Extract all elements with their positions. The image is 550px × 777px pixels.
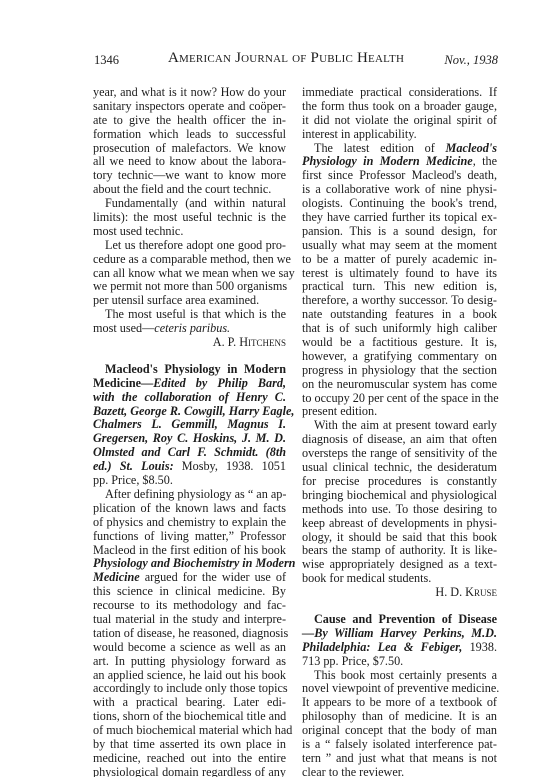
- text-line: would become a science as well as an: [93, 641, 286, 655]
- text-line: an applied science, he laid out his book: [93, 669, 286, 683]
- text-line: It appears to be more of a textbook of: [302, 696, 497, 710]
- text-line: terest is ultimately found to have its: [302, 267, 497, 281]
- text-line: interest in applicability.: [302, 128, 497, 142]
- text-line: sanitary inspectors operate and coöper-: [93, 100, 286, 114]
- text-line: first since Professor Macleod's death,: [302, 169, 497, 183]
- text-line: it did not violate the original spirit o…: [302, 114, 497, 128]
- text-line: is a collaborative work of nine physi-: [302, 183, 497, 197]
- text-line: is a “ falsely isolated interference pat…: [302, 738, 497, 752]
- text-line: immediate practical considerations. If: [302, 86, 497, 100]
- right-column: immediate practical considerations. If t…: [302, 86, 497, 777]
- text-line: After defining physiology as “ an ap-: [93, 488, 286, 502]
- text-line: ologists. Continuing the book's trend,: [302, 197, 497, 211]
- text-line: formation which leads to successful: [93, 128, 286, 142]
- text-line: for precise procedures is constantly: [302, 475, 497, 489]
- text-line: tory technic—we want to know more: [93, 169, 286, 183]
- text-line: year, and what is it now? How do your: [93, 86, 286, 100]
- text-line: nate outstanding features in a book: [302, 308, 497, 322]
- reviewer-signature: A. P. Hitchens: [93, 336, 286, 350]
- text-line: recourse to its methodology and fac-: [93, 599, 286, 613]
- text-line: With the aim at present toward early: [302, 419, 497, 433]
- text-line: tation of disease, he reasoned, diagnosi…: [93, 627, 286, 641]
- text-line: cedure as a comparable method, then we: [93, 253, 286, 267]
- text-line: to be a matter of purely academic in-: [302, 253, 497, 267]
- text-line: about the field and the court technic.: [93, 183, 286, 197]
- text-line: medicine, reached out into the entire: [93, 752, 286, 766]
- text-line: This book most certainly presents a: [302, 669, 497, 683]
- text-line: original concept that the body of man: [302, 724, 497, 738]
- text-line: philosophy than of medicine. It is an: [302, 710, 497, 724]
- text-line: Let us therefore adopt one good pro-: [93, 239, 286, 253]
- text-line: by that time asserted its own place in: [93, 738, 286, 752]
- text-line: oversteps the range of sensitivity of th…: [302, 447, 497, 461]
- review-citation: Gregersen, Roy C. Hoskins, J. M. D.: [93, 432, 286, 446]
- text-line: tions, shorn of the biochemical title an…: [93, 710, 286, 724]
- text-line: can all know what we mean when we say: [93, 267, 286, 281]
- review-citation: ed.) St. Louis: Mosby, 1938. 1051: [93, 460, 286, 474]
- review-citation: Olmsted and Carl F. Schmidt. (8th: [93, 446, 286, 460]
- text-line: Fundamentally (and within natural: [93, 197, 286, 211]
- text-line: to occupy 20 per cent of the space in th…: [302, 392, 497, 406]
- text-line: progress in physiology that the section: [302, 364, 497, 378]
- text-line: plication of the known laws and facts: [93, 502, 286, 516]
- text-line: functions of living matter,” Professor: [93, 530, 286, 544]
- text-line: clear to the reviewer.: [302, 766, 497, 777]
- text-line: wise appropriately designed as a text-: [302, 558, 497, 572]
- review-citation: Bazett, George R. Cowgill, Harry Eagle,: [93, 405, 286, 419]
- review-citation: Chalmers L. Gemmill, Magnus I.: [93, 418, 286, 432]
- text-line: however, a gratifying commentary on: [302, 350, 497, 364]
- book-title: Physiology and Biochemistry in Modern: [93, 557, 286, 571]
- text-line: tual material in the study and interpre-: [93, 613, 286, 627]
- text-line: usual clinical technic, the desideratum: [302, 461, 497, 475]
- review-title: Cause and Prevention of Disease: [302, 613, 497, 627]
- text-line: tern ” and just what that means is not: [302, 752, 497, 766]
- text-line: keep abreast of developments in physi-: [302, 517, 497, 531]
- text-line: all we need to know about the labora-: [93, 155, 286, 169]
- text-line: Macleod in the first edition of his book: [93, 544, 286, 558]
- text-line: of physics and chemistry to explain the: [93, 516, 286, 530]
- text-line: book for medical students.: [302, 572, 497, 586]
- text-line: Physiology in Modern Medicine, the: [302, 155, 497, 169]
- review-title: Macleod's Physiology in Modern: [93, 363, 286, 377]
- text-line: on the neuromuscular system has come: [302, 378, 497, 392]
- text-line: pansion. This is a sound design, for: [302, 225, 497, 239]
- review-citation: with the collaboration of Henry C.: [93, 391, 286, 405]
- text-line: they have carried further its topical ex…: [302, 211, 497, 225]
- text-line: The most useful is that which is the: [93, 308, 286, 322]
- text-line: we permit not more than 500 organisms: [93, 280, 286, 294]
- text-line: The latest edition of Macleod's: [302, 142, 497, 156]
- text-line: present edition.: [302, 405, 497, 419]
- text-line: this science in clinical medicine. By: [93, 585, 286, 599]
- text-line: per utensil surface area examined.: [93, 294, 286, 308]
- text-line: usually what may seem at the moment: [302, 239, 497, 253]
- review-price: pp. Price, $8.50.: [93, 474, 286, 488]
- text-line: novel viewpoint of preventive medicine.: [302, 682, 497, 696]
- text-line: the form thus took on a broader gauge,: [302, 100, 497, 114]
- review-citation: Medicine—Edited by Philip Bard,: [93, 377, 286, 391]
- journal-title: American Journal of Public Health: [168, 50, 404, 66]
- journal-page: 1346 American Journal of Public Health N…: [0, 0, 550, 777]
- review-citation: —By William Harvey Perkins, M.D.: [302, 627, 497, 641]
- text-line: ate to give the health officer the in-: [93, 114, 286, 128]
- text-line: physiological domain regardless of any: [93, 766, 286, 777]
- review-citation: Philadelphia: Lea & Febiger, 1938.: [302, 641, 497, 655]
- text-line: Medicine argued for the wider use of: [93, 571, 286, 585]
- text-line: methods into use. To those desiring to: [302, 503, 497, 517]
- text-line: most used—ceteris paribus.: [93, 322, 286, 336]
- text-line: with a practical bearing. Later edi-: [93, 696, 286, 710]
- text-line: bears the stamp of authority. It is like…: [302, 544, 497, 558]
- text-line: that is of such uniformly high caliber: [302, 322, 497, 336]
- latin-phrase: ceteris paribus.: [154, 321, 230, 335]
- review-price: 713 pp. Price, $7.50.: [302, 655, 497, 669]
- text-line: most used technic.: [93, 225, 286, 239]
- text-line: bringing biochemical and physiological: [302, 489, 497, 503]
- text-line: of much biochemical material which had: [93, 724, 286, 738]
- left-column: year, and what is it now? How do your sa…: [93, 86, 286, 777]
- text-line: therefore, a worthy successor. To desig-: [302, 294, 497, 308]
- text-line: would be a factitious gesture. It is,: [302, 336, 497, 350]
- page-number: 1346: [94, 52, 119, 68]
- text-line: ology, it should be said that this book: [302, 531, 497, 545]
- text-line: art. In putting physiology forward as: [93, 655, 286, 669]
- text-line: practical turn. This new edition is,: [302, 280, 497, 294]
- text-line: limits): the most useful technic is the: [93, 211, 286, 225]
- text-line: prosecution of malefactors. We know: [93, 142, 286, 156]
- text-line: diagnosis of disease, an aim that often: [302, 433, 497, 447]
- reviewer-signature: H. D. Kruse: [302, 586, 497, 600]
- issue-date: Nov., 1938: [444, 52, 498, 68]
- text-line: accordingly to include only those topics: [93, 682, 286, 696]
